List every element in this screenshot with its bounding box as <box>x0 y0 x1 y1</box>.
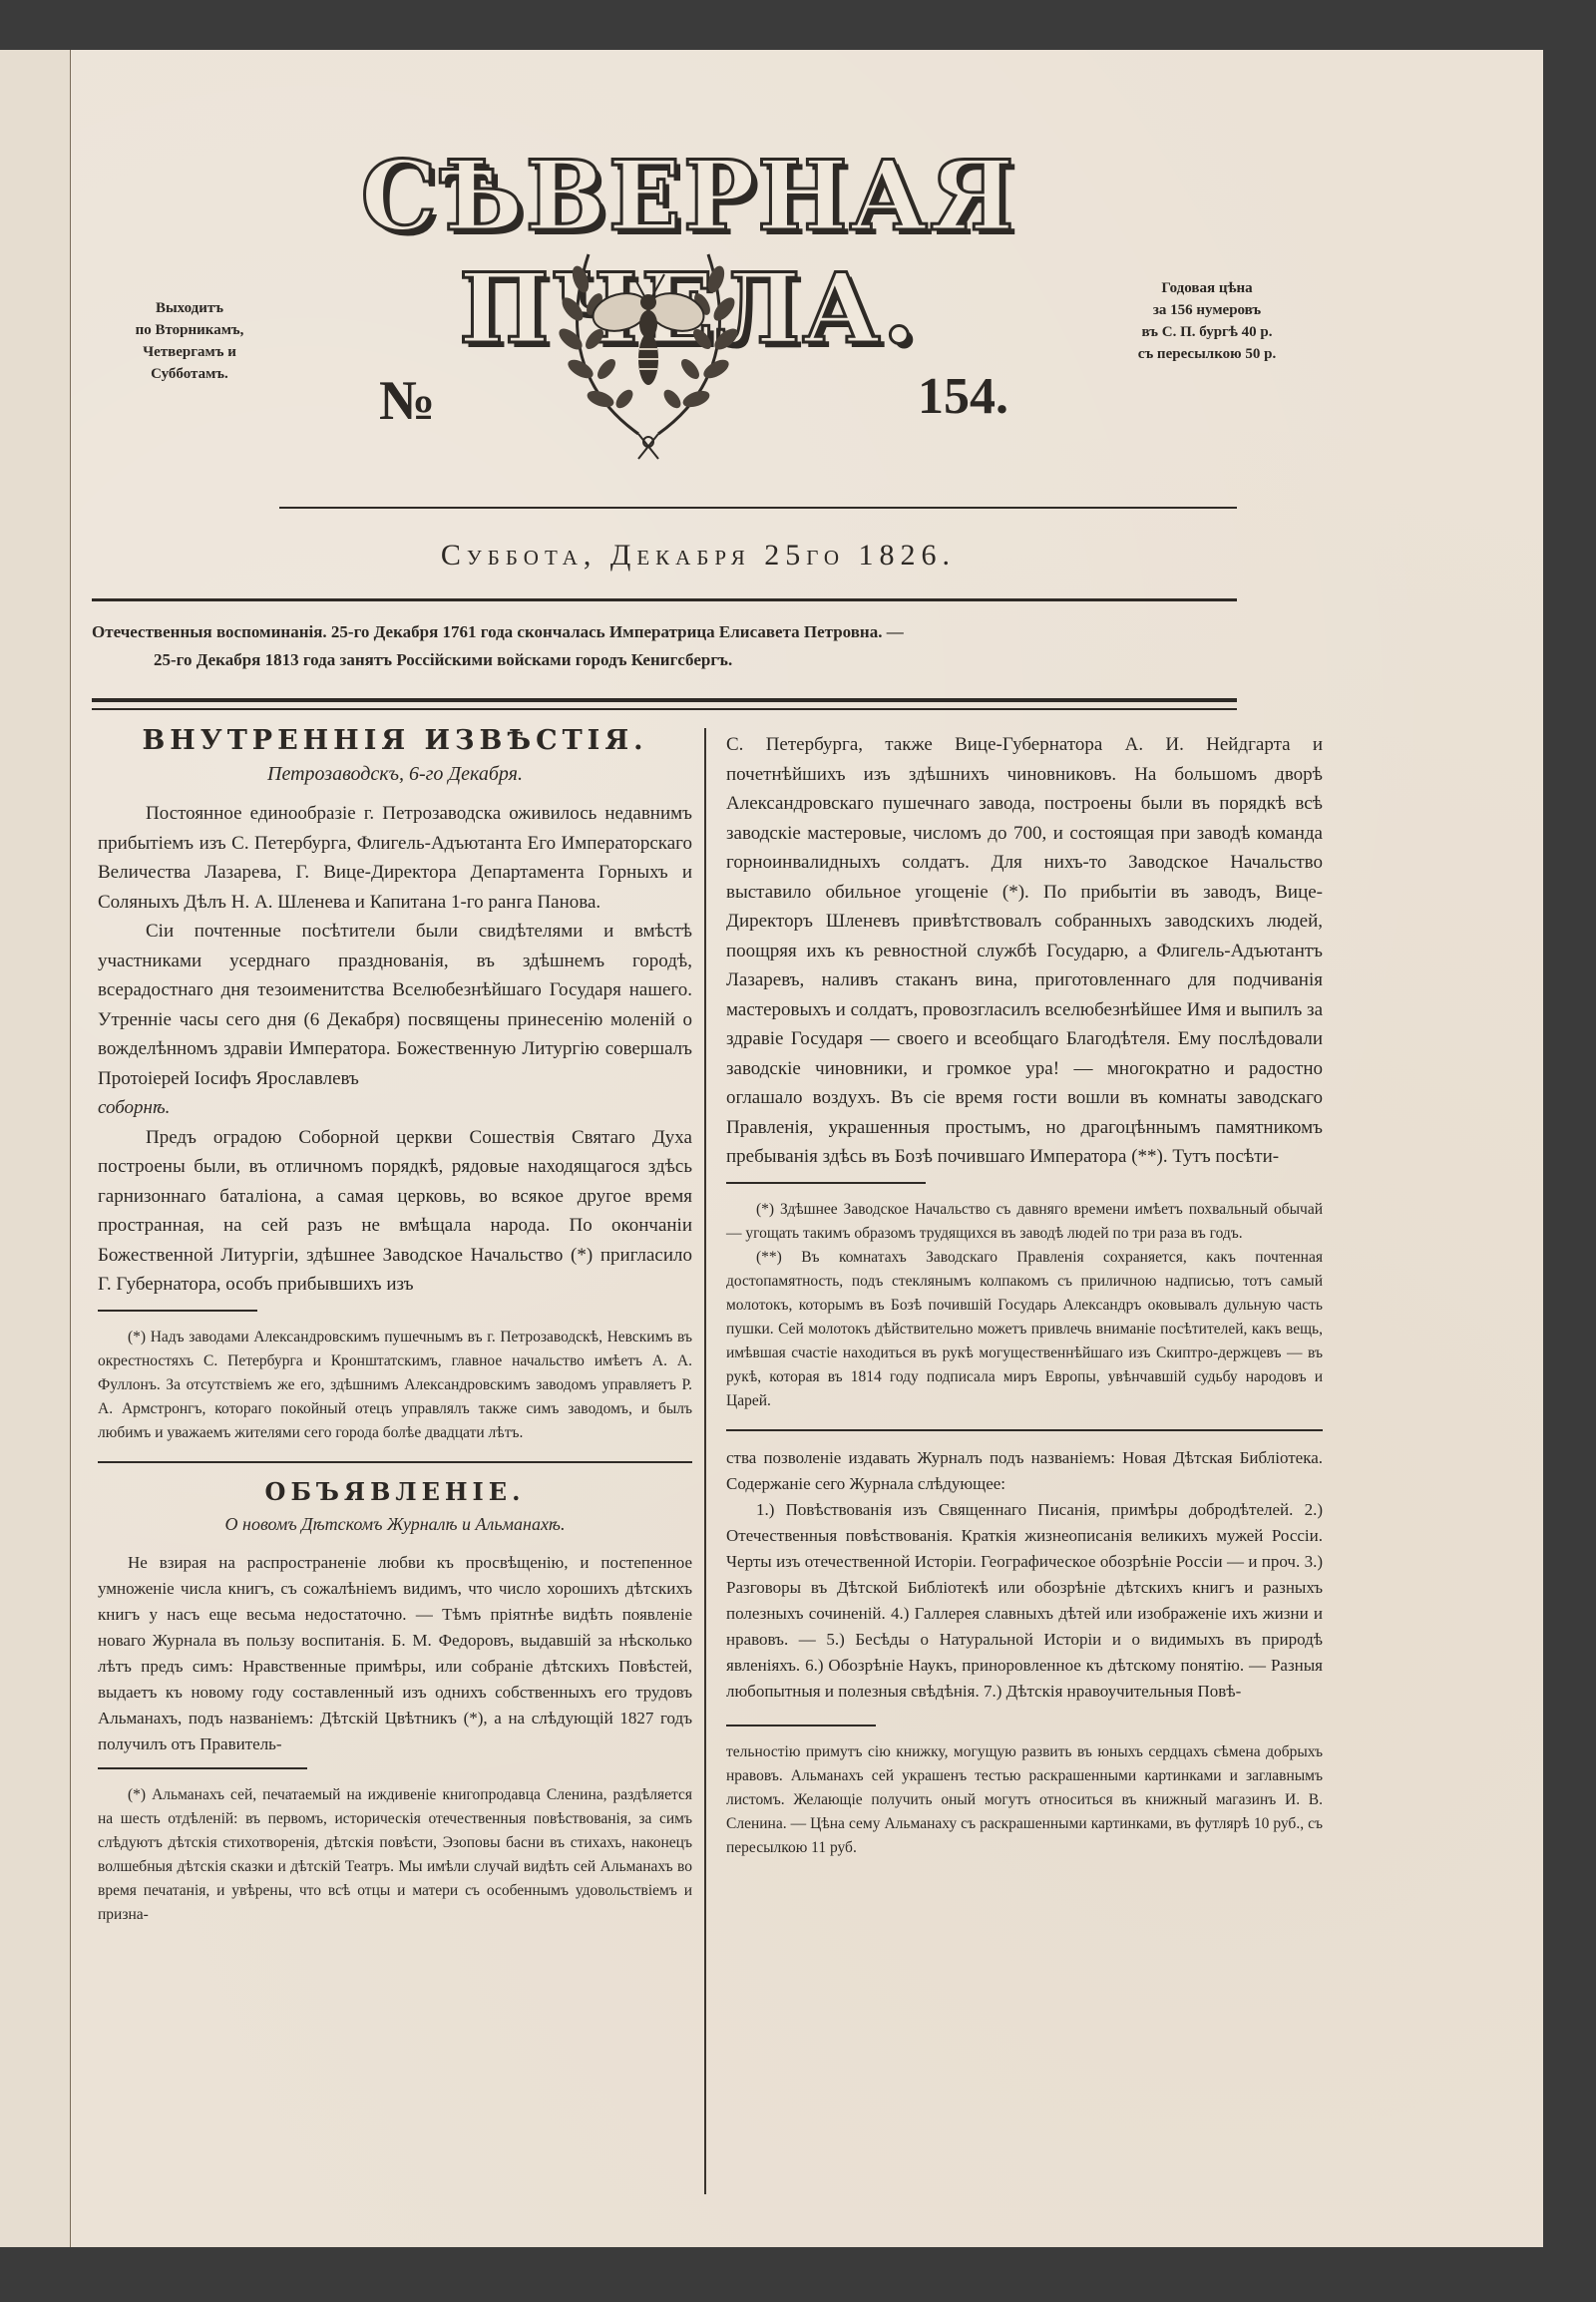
right-column: С. Петербурга, также Вице-Губернатора А.… <box>726 730 1323 1860</box>
footnote-rule <box>726 1725 876 1726</box>
section-divider <box>98 1461 692 1463</box>
section-rule-thin <box>92 708 1237 710</box>
announcement-paragraph: ства позволеніе издавать Журналъ подъ на… <box>726 1445 1323 1497</box>
announcement-list: 1.) Повѣствованія изъ Священнаго Писанія… <box>726 1497 1323 1705</box>
footnote: (*) Надъ заводами Александровскимъ пушеч… <box>98 1326 692 1445</box>
issue-number: 154. <box>918 367 1008 426</box>
price-line: съ пересылкою 50 р. <box>1107 343 1307 365</box>
footnote-text: (*) Альманахъ сей, печатаемый на иждивен… <box>98 1783 692 1927</box>
price-line: Годовая цѣна <box>1107 277 1307 299</box>
news-paragraph: Предъ оградою Соборной церкви Сошествія … <box>98 1123 692 1300</box>
footnote: тельностію примутъ сію книжку, могущую р… <box>726 1740 1323 1860</box>
footnotes: (*) Здѣшнее Заводское Начальство съ давн… <box>726 1198 1323 1413</box>
price-line: въ С. П. бургѣ 40 р. <box>1107 321 1307 343</box>
previous-page-edge <box>0 50 71 2247</box>
subscription-price: Годовая цѣна за 156 нумеровъ въ С. П. бу… <box>1107 277 1307 365</box>
announcement-continued: ства позволеніе издавать Журналъ подъ на… <box>726 1445 1323 1705</box>
footnote-rule <box>726 1182 926 1184</box>
news-paragraph: соборнѣ. <box>98 1093 692 1123</box>
memorial-line: Отечественныя воспоминанія. 25-го Декабр… <box>92 622 904 641</box>
date-rule <box>92 598 1237 601</box>
schedule-line: по Вторникамъ, <box>110 319 269 341</box>
section-divider <box>726 1429 1323 1431</box>
section-rule-thick <box>92 698 1237 702</box>
footnote: (*) Альманахъ сей, печатаемый на иждивен… <box>98 1783 692 1927</box>
announcement-title: ОБЪЯВЛЕНІЕ. <box>98 1477 692 1507</box>
footnote-text: (*) Надъ заводами Александровскимъ пушеч… <box>98 1326 692 1445</box>
news-continued: С. Петербурга, также Вице-Губернатора А.… <box>726 730 1323 1172</box>
news-dateline: Петрозаводскъ, 6-го Декабря. <box>98 760 692 790</box>
footnote-text: (*) Здѣшнее Заводское Начальство съ давн… <box>726 1198 1323 1246</box>
issue-date: Суббота, Декабря 25го 1826. <box>199 539 1197 573</box>
schedule-line: Субботамъ. <box>110 363 269 385</box>
column-divider <box>704 728 709 2194</box>
schedule-line: Четвергамъ и <box>110 341 269 363</box>
national-memories: Отечественныя воспоминанія. 25-го Декабр… <box>92 618 1249 674</box>
domestic-news-title: ВНУТРЕННІЯ ИЗВѢСТІЯ. <box>98 726 692 756</box>
masthead-rule <box>279 507 1237 509</box>
footnote-text: тельностію примутъ сію книжку, могущую р… <box>726 1740 1323 1860</box>
price-line: за 156 нумеровъ <box>1107 299 1307 321</box>
emphasis-text: соборнѣ. <box>98 1097 170 1118</box>
bee-emblem-icon <box>529 234 768 474</box>
footnote-rule <box>98 1310 257 1312</box>
news-paragraph: Сіи почтенные посѣтители были свидѣтелям… <box>98 917 692 1093</box>
footnote-text: (**) Въ комнатахъ Заводскаго Правленія с… <box>726 1246 1323 1413</box>
left-column: ВНУТРЕННІЯ ИЗВѢСТІЯ. Петрозаводскъ, 6-го… <box>98 726 692 1927</box>
news-paragraph: Постоянное единообразіе г. Петрозаводска… <box>98 799 692 917</box>
announcement-subtitle: О новомъ Дѣтскомъ Журналѣ и Альманахѣ. <box>98 1510 692 1540</box>
memorial-line: 25-го Декабря 1813 года занятъ Россійски… <box>92 646 1249 674</box>
schedule-line: Выходитъ <box>110 297 269 319</box>
number-sign: № <box>379 369 435 433</box>
announcement-paragraph: Не взирая на распространеніе любви къ пр… <box>98 1550 692 1757</box>
announcement-body: Не взирая на распространеніе любви къ пр… <box>98 1550 692 1757</box>
publication-schedule: Выходитъ по Вторникамъ, Четвергамъ и Суб… <box>110 297 269 385</box>
footnote-rule <box>98 1767 307 1769</box>
